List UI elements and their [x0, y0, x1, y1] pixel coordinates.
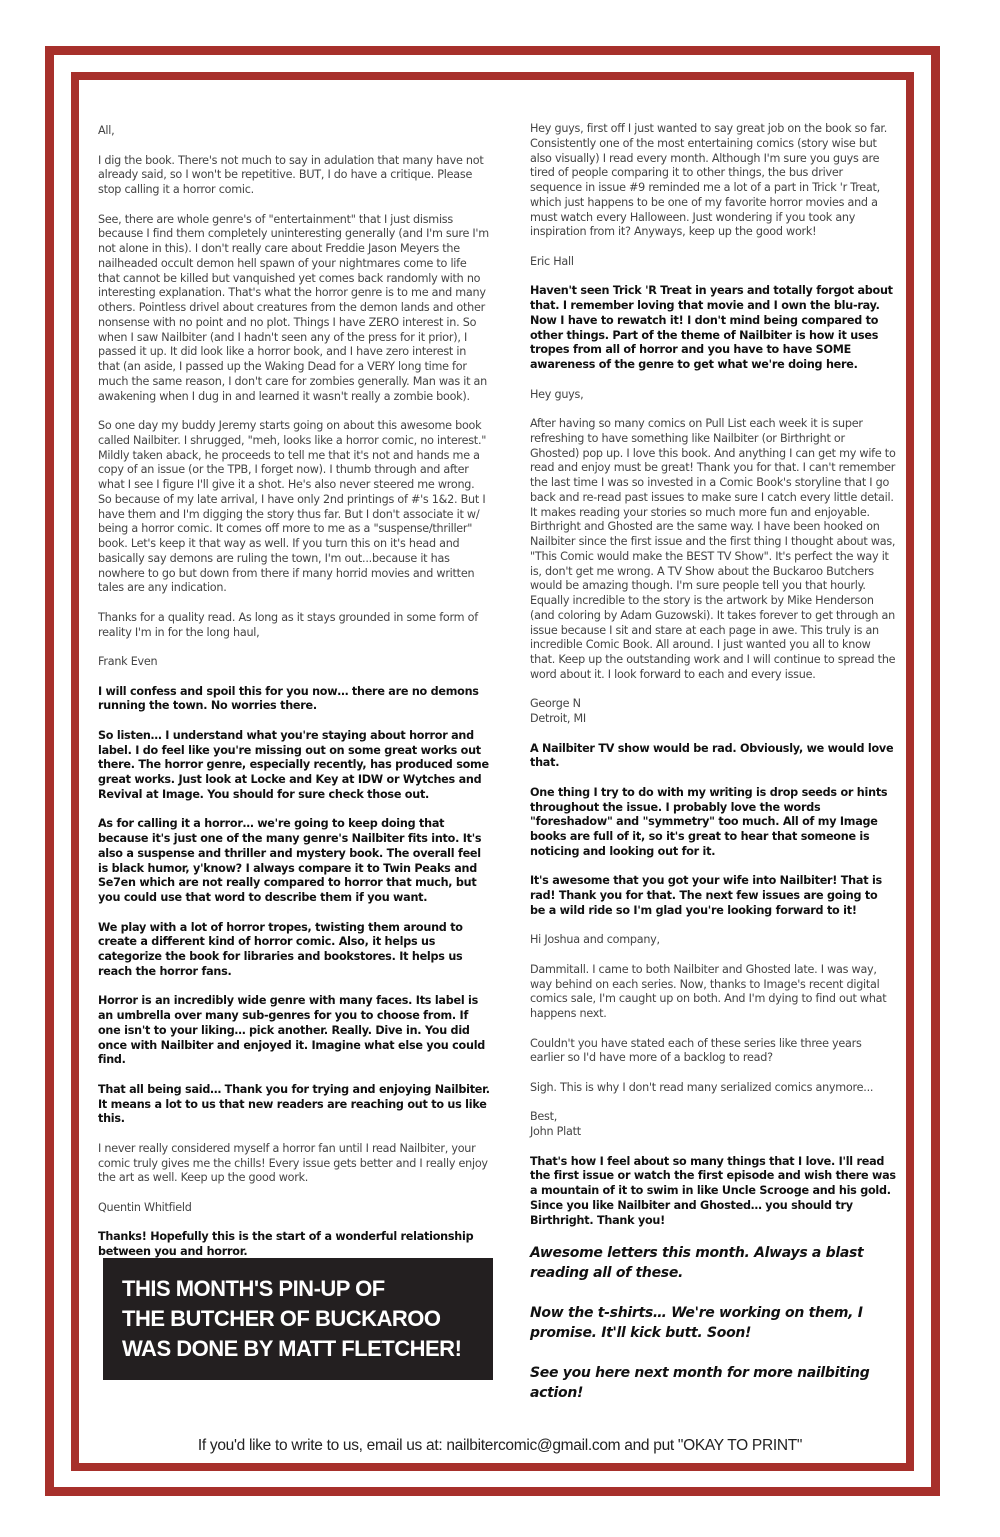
letter-closing: Best, [530, 1110, 557, 1123]
footer-prefix: If you'd like to write to us, email us a… [198, 1437, 447, 1454]
closing-note: See you here next month for more nailbit… [530, 1363, 896, 1403]
letter-paragraph: Hey guys, first off I just wanted to say… [530, 122, 896, 240]
reply-paragraph: Horror is an incredibly wide genre with … [98, 994, 490, 1068]
letter-greeting: All, [98, 124, 490, 139]
reply-paragraph: Thanks! Hopefully this is the start of a… [98, 1230, 490, 1260]
reply-paragraph: So listen… I understand what you're stay… [98, 729, 490, 803]
letter-location: Detroit, MI [530, 712, 586, 725]
reply-paragraph: I will confess and spoil this for you no… [98, 685, 490, 715]
letter-paragraph: So one day my buddy Jeremy starts going … [98, 419, 490, 596]
reply-paragraph: Haven't seen Trick 'R Treat in years and… [530, 284, 896, 373]
letter-signature-block: Best,John Platt [530, 1110, 896, 1140]
letter-greeting: Hi Joshua and company, [530, 933, 896, 948]
letter-paragraph: I dig the book. There's not much to say … [98, 154, 490, 198]
right-column: Hey guys, first off I just wanted to say… [530, 122, 896, 1423]
letter-paragraph: I never really considered myself a horro… [98, 1142, 490, 1186]
reply-paragraph: That all being said… Thank you for tryin… [98, 1083, 490, 1127]
left-column: All, I dig the book. There's not much to… [98, 124, 490, 1275]
reply-paragraph: A Nailbiter TV show would be rad. Obviou… [530, 742, 896, 772]
closing-note: Now the t-shirts… We're working on them,… [530, 1303, 896, 1343]
footer-contact: If you'd like to write to us, email us a… [0, 1437, 1000, 1455]
reply-paragraph: We play with a lot of horror tropes, twi… [98, 921, 490, 980]
letter-signature: Quentin Whitfield [98, 1201, 490, 1216]
letter-signature: John Platt [530, 1125, 581, 1138]
footer-suffix: and put "OKAY TO PRINT" [620, 1437, 802, 1454]
letter-paragraph: Couldn't you have stated each of these s… [530, 1037, 896, 1067]
letter-paragraph: Thanks for a quality read. As long as it… [98, 611, 490, 641]
pinup-line: WAS DONE BY MATT FLETCHER! [122, 1334, 493, 1364]
reply-paragraph: That's how I feel about so many things t… [530, 1155, 896, 1229]
letter-signature: Eric Hall [530, 255, 896, 270]
closing-note: Awesome letters this month. Always a bla… [530, 1243, 896, 1283]
letter-paragraph: Dammitall. I came to both Nailbiter and … [530, 963, 896, 1022]
reply-paragraph: It's awesome that you got your wife into… [530, 874, 896, 918]
letter-signature-block: George NDetroit, MI [530, 697, 896, 727]
reply-paragraph: One thing I try to do with my writing is… [530, 786, 896, 860]
letter-paragraph: Sigh. This is why I don't read many seri… [530, 1081, 896, 1096]
letter-greeting: Hey guys, [530, 388, 896, 403]
email-link[interactable]: nailbitercomic@gmail.com [446, 1437, 620, 1454]
reply-paragraph: As for calling it a horror… we're going … [98, 817, 490, 906]
letter-paragraph: See, there are whole genre's of "enterta… [98, 213, 490, 405]
letter-signature: Frank Even [98, 655, 490, 670]
letter-signature: George N [530, 697, 581, 710]
pinup-line: THE BUTCHER OF BUCKAROO [122, 1304, 493, 1334]
pinup-line: THIS MONTH'S PIN-UP OF [122, 1274, 493, 1304]
letter-paragraph: After having so many comics on Pull List… [530, 417, 896, 683]
pinup-credit-box: THIS MONTH'S PIN-UP OF THE BUTCHER OF BU… [103, 1258, 493, 1380]
